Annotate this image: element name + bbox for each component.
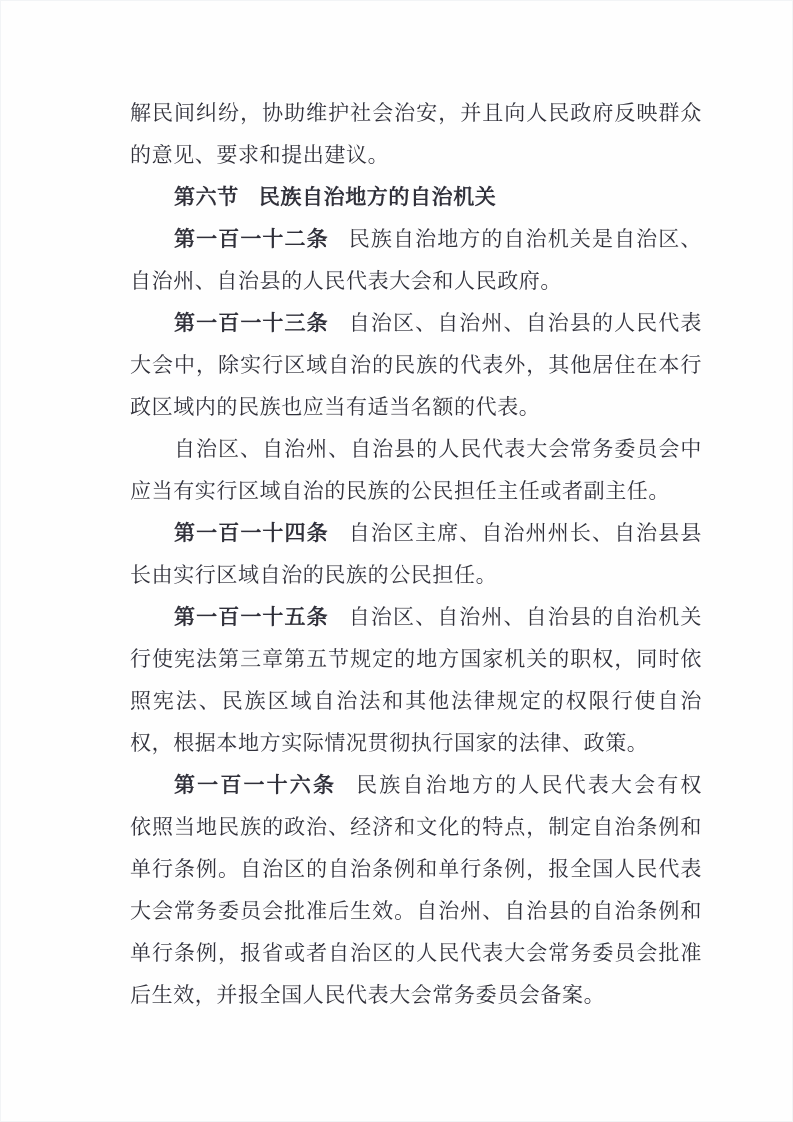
text-line: 应当有实行区域自治的民族的公民担任主任或者副主任。	[130, 470, 702, 512]
line-text: 依照当地民族的政治、经济和文化的特点，制定自治条例和	[130, 815, 702, 839]
text-block: 解民间纠纷，协助维护社会治安，并且向人民政府反映群众的意见、要求和提出建议。第六…	[130, 92, 702, 1016]
line-text: 政区域内的民族也应当有适当名额的代表。	[130, 395, 540, 419]
text-line: 单行条例，报省或者自治区的人民代表大会常务委员会批准	[130, 932, 702, 974]
line-text: 照宪法、民族区域自治法和其他法律规定的权限行使自治	[130, 689, 702, 713]
section-number: 第六节	[174, 185, 239, 209]
line-text: 自治区主席、自治州州长、自治县县	[349, 521, 702, 545]
line-text: 应当有实行区域自治的民族的公民担任主任或者副主任。	[130, 479, 670, 503]
section-heading-line: 第六节民族自治地方的自治机关	[130, 176, 702, 218]
text-line: 大会常务委员会批准后生效。自治州、自治县的自治条例和	[130, 890, 702, 932]
text-line: 第一百一十三条自治区、自治州、自治县的人民代表	[130, 302, 702, 344]
text-line: 政区域内的民族也应当有适当名额的代表。	[130, 386, 702, 428]
article-number: 第一百一十四条	[174, 521, 329, 545]
article-number: 第一百一十二条	[174, 227, 329, 251]
line-text: 权，根据本地方实际情况贯彻执行国家的法律、政策。	[130, 731, 648, 755]
line-text: 大会中，除实行区域自治的民族的代表外，其他居住在本行	[130, 353, 702, 377]
text-line: 自治州、自治县的人民代表大会和人民政府。	[130, 260, 702, 302]
text-line: 单行条例。自治区的自治条例和单行条例，报全国人民代表	[130, 848, 702, 890]
text-line: 大会中，除实行区域自治的民族的代表外，其他居住在本行	[130, 344, 702, 386]
article-number: 第一百一十三条	[174, 311, 329, 335]
line-text: 自治区、自治州、自治县的人民代表大会常务委员会中	[174, 437, 702, 461]
line-text: 自治区、自治州、自治县的人民代表	[349, 311, 702, 335]
text-line: 长由实行区域自治的民族的公民担任。	[130, 554, 702, 596]
line-text: 自治区、自治州、自治县的自治机关	[349, 605, 702, 629]
line-text: 自治州、自治县的人民代表大会和人民政府。	[130, 269, 562, 293]
line-text: 民族自治地方的人民代表大会有权	[356, 773, 702, 797]
section-title: 民族自治地方的自治机关	[259, 185, 497, 209]
text-line: 第一百一十五条自治区、自治州、自治县的自治机关	[130, 596, 702, 638]
article-number: 第一百一十五条	[174, 605, 329, 629]
text-line: 第一百一十四条自治区主席、自治州州长、自治县县	[130, 512, 702, 554]
text-line: 自治区、自治州、自治县的人民代表大会常务委员会中	[130, 428, 702, 470]
text-line: 照宪法、民族区域自治法和其他法律规定的权限行使自治	[130, 680, 702, 722]
line-text: 解民间纠纷，协助维护社会治安，并且向人民政府反映群众	[130, 101, 702, 125]
line-text: 单行条例，报省或者自治区的人民代表大会常务委员会批准	[130, 941, 702, 965]
text-line: 权，根据本地方实际情况贯彻执行国家的法律、政策。	[130, 722, 702, 764]
line-text: 的意见、要求和提出建议。	[130, 143, 389, 167]
text-line: 解民间纠纷，协助维护社会治安，并且向人民政府反映群众	[130, 92, 702, 134]
text-line: 的意见、要求和提出建议。	[130, 134, 702, 176]
article-number: 第一百一十六条	[174, 773, 336, 797]
text-line: 后生效，并报全国人民代表大会常务委员会备案。	[130, 974, 702, 1016]
line-text: 后生效，并报全国人民代表大会常务委员会备案。	[130, 983, 605, 1007]
line-text: 大会常务委员会批准后生效。自治州、自治县的自治条例和	[130, 899, 702, 923]
text-line: 依照当地民族的政治、经济和文化的特点，制定自治条例和	[130, 806, 702, 848]
line-text: 长由实行区域自治的民族的公民担任。	[130, 563, 497, 587]
line-text: 行使宪法第三章第五节规定的地方国家机关的职权，同时依	[130, 647, 702, 671]
line-text: 单行条例。自治区的自治条例和单行条例，报全国人民代表	[130, 857, 702, 881]
document-page: 解民间纠纷，协助维护社会治安，并且向人民政府反映群众的意见、要求和提出建议。第六…	[0, 0, 793, 1122]
text-line: 行使宪法第三章第五节规定的地方国家机关的职权，同时依	[130, 638, 702, 680]
line-text: 民族自治地方的自治机关是自治区、	[349, 227, 702, 251]
text-line: 第一百一十二条民族自治地方的自治机关是自治区、	[130, 218, 702, 260]
text-line: 第一百一十六条民族自治地方的人民代表大会有权	[130, 764, 702, 806]
